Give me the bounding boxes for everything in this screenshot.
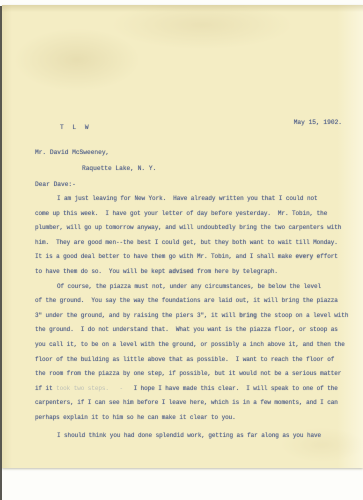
recipient-name: Mr. David McSweeney, [35, 149, 109, 156]
letter-line: to have them do so. You will be kept adv… [35, 265, 347, 280]
letter-line: if it took two steps. - I hope I have ma… [35, 382, 347, 397]
letter-line: It is a good deal better to have them go… [35, 250, 347, 265]
letter-body: I am just leaving for New York. Have alr… [35, 192, 347, 443]
recipient-address: Raquette Lake, N. Y. [82, 165, 156, 172]
letter-line: floor of the building as little above th… [35, 353, 347, 368]
letter-scan: T L W May 15, 1902. Mr. David McSweeney,… [0, 0, 363, 500]
letter-line: of the ground. You say the way the found… [35, 294, 347, 309]
letter-line: I should think you had done splendid wor… [35, 429, 347, 444]
sender-initials: T L W [60, 124, 91, 131]
salutation: Dear Dave:- [35, 181, 76, 188]
letter-date: May 15, 1902. [294, 119, 342, 126]
letter-line: carpenters, if I can see him before I le… [35, 396, 347, 411]
letter-line: you call it, to be on a level with the g… [35, 338, 347, 353]
letter-line: the ground. I do not understand that. Wh… [35, 323, 347, 338]
letter-page: T L W May 15, 1902. Mr. David McSweeney,… [2, 5, 363, 468]
letter-line: come up this week. I have got your lette… [35, 207, 347, 222]
letter-line: the room from the piazza by one step, if… [35, 367, 347, 382]
letter-line: Of course, the piazza must not, under an… [35, 280, 347, 295]
letter-line: 3" under the ground, and by raising the … [35, 309, 347, 324]
letter-line: him. They are good men--the best I could… [35, 236, 347, 251]
letter-line: perhaps explain it to him so he can make… [35, 411, 347, 426]
letter-line: I am just leaving for New York. Have alr… [35, 192, 347, 207]
letter-line: plumber, will go up tomorrow anyway, and… [35, 221, 347, 236]
